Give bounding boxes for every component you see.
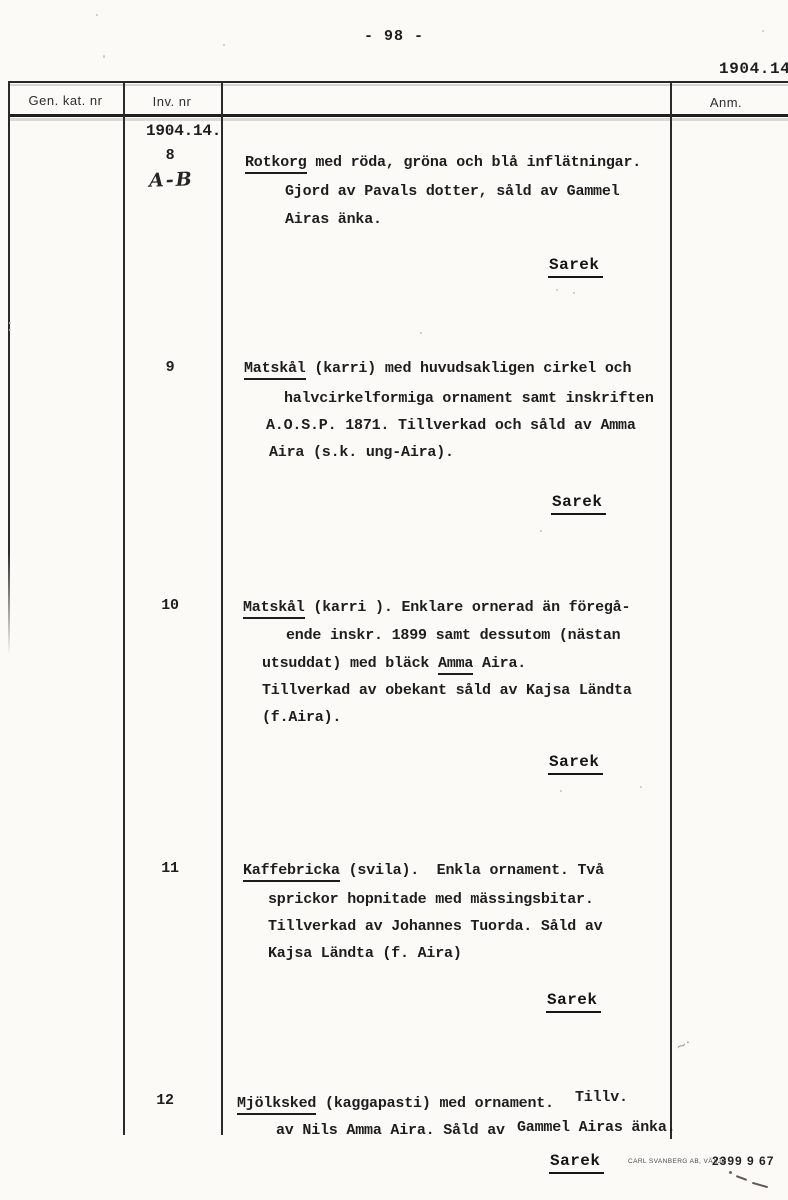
entry-12-line-2-offset: Gammel Airas änka. bbox=[517, 1119, 675, 1137]
entry-10-number: 10 bbox=[140, 597, 200, 615]
entry-10-line-4: Tillverkad av obekant såld av Kajsa Länd… bbox=[262, 682, 632, 700]
entry-8-line-2: Gjord av Pavals dotter, såld av Gammel bbox=[285, 183, 619, 201]
entry-8-term: Rotkorg bbox=[245, 154, 307, 174]
entry-12-place-name: Sarek bbox=[549, 1152, 604, 1174]
scan-speck bbox=[420, 332, 422, 334]
entry-11-number: 11 bbox=[140, 860, 200, 878]
table-left-border bbox=[8, 81, 10, 655]
scan-speck bbox=[103, 55, 105, 58]
column-divider-genkat-inv bbox=[123, 81, 125, 1135]
entry-10-line-3-post: Aira. bbox=[473, 655, 526, 672]
inventory-year: 1904.14. bbox=[146, 122, 221, 141]
scan-speck bbox=[223, 44, 225, 46]
scan-speck bbox=[560, 790, 562, 792]
scan-speck bbox=[9, 322, 11, 324]
entry-12-line-1-rest: (kaggapasti) med ornament. bbox=[316, 1095, 554, 1112]
entry-9-line-2: halvcirkelformiga ornament samt inskrift… bbox=[284, 390, 654, 408]
entry-12-raised-word: Tillv. bbox=[575, 1089, 628, 1107]
scan-speck bbox=[640, 786, 642, 788]
entry-11-line-3: Tillverkad av Johannes Tuorda. Såld av bbox=[268, 918, 602, 936]
entry-10-place-name: Sarek bbox=[548, 753, 603, 775]
entry-10-line-1: Matskål (karri ). Enklare ornerad än för… bbox=[243, 599, 630, 617]
scan-speck bbox=[762, 30, 764, 32]
pencil-dash-mark bbox=[752, 1182, 768, 1188]
entry-8-number: 8 bbox=[140, 147, 200, 165]
entry-9-line-1: Matskål (karri) med huvudsakligen cirkel… bbox=[244, 360, 631, 378]
column-divider-text-anm bbox=[670, 81, 672, 1139]
entry-12-line-1: Mjölksked (kaggapasti) med ornament. bbox=[237, 1095, 554, 1113]
scan-speck bbox=[9, 329, 11, 331]
entry-10-line-2: ende inskr. 1899 samt dessutom (nästan bbox=[286, 627, 620, 645]
entry-10-underlined-name: Amma bbox=[438, 655, 473, 675]
pencil-dash-mark bbox=[736, 1175, 747, 1181]
column-divider-inv-text bbox=[221, 81, 223, 1135]
entry-8-line-1-rest: med röda, gröna och blå inflätningar. bbox=[307, 154, 641, 171]
entry-11-line-4: Kajsa Ländta (f. Aira) bbox=[268, 945, 462, 963]
entry-10-line-5: (f.Aira). bbox=[262, 709, 341, 727]
entry-8-line-3: Airas änka. bbox=[285, 211, 382, 229]
entry-11-line-1: Kaffebricka (svila). Enkla ornament. Två bbox=[243, 862, 604, 880]
entry-11-place-name: Sarek bbox=[546, 991, 601, 1013]
pencil-dot-mark bbox=[729, 1171, 732, 1174]
entry-11-term: Kaffebricka bbox=[243, 862, 340, 882]
entry-9-term: Matskål bbox=[244, 360, 306, 380]
entry-8-place-name: Sarek bbox=[548, 256, 603, 278]
printer-code: 2399 9 67 bbox=[712, 1154, 774, 1168]
entry-10-term: Matskål bbox=[243, 599, 305, 619]
entry-11-line-1-rest: (svila). Enkla ornament. Två bbox=[340, 862, 604, 879]
entry-9-number: 9 bbox=[140, 359, 200, 377]
entry-8-handwritten-note: A-B bbox=[149, 168, 194, 192]
entry-10-line-3-pre: utsuddat) med bläck bbox=[262, 655, 438, 672]
entry-9-line-1-rest: (karri) med huvudsakligen cirkel och bbox=[306, 360, 632, 377]
entry-12-term: Mjölksked bbox=[237, 1095, 316, 1115]
pencil-scribble-mark: ~· bbox=[674, 1036, 694, 1056]
entry-12-line-2: av Nils Amma Aira. Såld av bbox=[276, 1122, 505, 1140]
scan-speck bbox=[96, 14, 98, 16]
entry-8-line-1: Rotkorg med röda, gröna och blå inflätni… bbox=[245, 154, 641, 172]
header-inv-label: Inv. nr bbox=[123, 94, 221, 109]
scanned-catalog-page: { "page": { "number_label": "- 98 -", "r… bbox=[0, 0, 788, 1200]
entry-9-line-4: Aira (s.k. ung-Aira). bbox=[269, 444, 454, 462]
entry-9-line-3: A.O.S.P. 1871. Tillverkad och såld av Am… bbox=[266, 417, 636, 435]
header-gen-kat-label: Gen. kat. nr bbox=[8, 93, 123, 108]
entry-10-line-1-rest: (karri ). Enklare ornerad än föregå- bbox=[305, 599, 631, 616]
entry-9-place-name: Sarek bbox=[551, 493, 606, 515]
page-number: - 98 - bbox=[0, 28, 788, 46]
scan-speck bbox=[540, 530, 542, 532]
scan-speck bbox=[556, 289, 558, 291]
entry-11-line-2: sprickor hopnitade med mässingsbitar. bbox=[268, 891, 594, 909]
entry-10-line-3: utsuddat) med bläck Amma Aira. bbox=[262, 655, 526, 673]
header-anm-label: Anm. bbox=[670, 95, 782, 110]
scan-speck bbox=[573, 292, 575, 294]
entry-12-number: 12 bbox=[135, 1092, 195, 1110]
catalog-ref: 1904.14 bbox=[719, 60, 788, 79]
